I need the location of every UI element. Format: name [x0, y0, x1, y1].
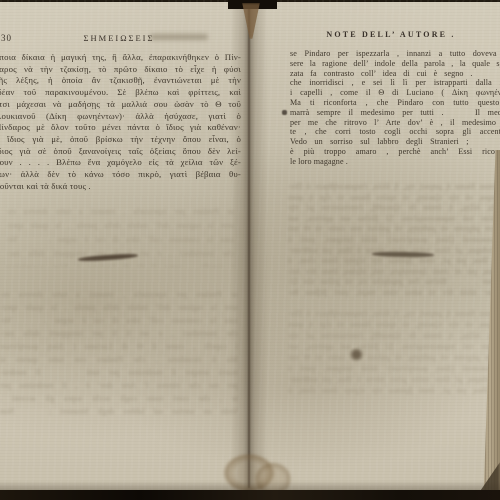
- text-line: i capelli , come il Θ di Luciano ( Δίκη …: [0, 340, 238, 353]
- ink-spot: [349, 348, 364, 361]
- text-line: i capelli , come il Θ di Luciano ( Δίκη …: [6, 261, 234, 267]
- header-smudge: [150, 34, 208, 40]
- text-line: Πίνδαρος μὲ ὅλον τοῦτο μένει πάντα ὁ ἴδι…: [288, 374, 498, 385]
- text-line: marrà sempre il medesimo per tutti . Il …: [290, 108, 500, 118]
- text-line: ὁ ἴδιος γιὰ μὲ, ὁποῦ βρίσκω τὴν τέχνην ὅ…: [0, 134, 241, 146]
- text-line: ὁ ἴδιος γιὰ μὲ, ὁποῦ βρίσκω τὴν τέχνην ὅ…: [288, 385, 498, 396]
- text-line: le loro magagne .: [290, 157, 500, 167]
- text-line: δαρος νὰ τὴν τζακίσῃ, τὸ πρῶτο δίκαιο τὸ…: [288, 319, 498, 330]
- text-line: che inorridisci , e sei lì lì per istrap…: [290, 78, 500, 88]
- text-line: Λουκιανοῦ (Δίκη φωνηέντων)· ἀλλὰ ἡσύχασε…: [0, 111, 241, 123]
- show-through-text: ὅποια δίκαια ἡ μαγική της, ἢ ἄλλα, ἐπαρα…: [288, 182, 498, 300]
- text-line: ἰδέαν τοῦ παρακινουμένου. Σὲ βλέπω καὶ φ…: [288, 341, 498, 352]
- book-scan-photo: 30 ΣΗΜΕΙΩΣΕΙΣ ὅποια δίκαια ἡ μαγική της,…: [0, 0, 500, 500]
- text-line: ἴδιος γιὰ σὲ ὁποῦ ξανανοίγεις ταῖς ὀξεία…: [288, 267, 498, 278]
- text-line: sere la ragione dell’ indole della parol…: [0, 301, 238, 314]
- text-line: τῆς λέξης, ἡ ὁποία ἂν τζακισθῇ, ἐναντιών…: [0, 75, 241, 87]
- text-line: νων· ἀλλὰ δὲν τὸ κάνω τόσο πικρὸ, γιατὶ …: [0, 169, 241, 181]
- right-running-header: NOTE DELL’ AUTORE .: [292, 30, 490, 39]
- text-line: Ma ti riconforta , che Pindaro con tutto…: [290, 98, 500, 108]
- text-line: se Pindaro per ispezzarla , innanzi a tu…: [290, 49, 500, 59]
- text-line: πουν . . . . Βλέπω ἕνα χαμόγελο εἰς τὰ χ…: [288, 277, 498, 288]
- text-line: ἔτσι μάχεσαι νὰ μαδήσῃς τὰ μαλλιά σου ὡσ…: [0, 99, 241, 111]
- bottom-background-strip: [0, 490, 500, 500]
- text-line: ὁ ἴδιος γιὰ μὲ, ὁποῦ βρίσκω τὴν τέχνην ὅ…: [288, 256, 498, 267]
- text-line: Λουκιανοῦ (Δίκη φωνηέντων)· ἀλλὰ ἡσύχασε…: [288, 363, 498, 374]
- text-line: è più troppo amaro , perchè anch’ Essi r…: [290, 147, 500, 157]
- text-line: i capelli , come il Θ di Luciano ( Δίκη …: [290, 88, 500, 98]
- text-line: per me che ritrovo l’ Arte dov’ è , il m…: [290, 118, 500, 128]
- text-line: è più troppo amaro , perchè anch’ Essi r…: [0, 418, 238, 420]
- text-line: per me che ritrovo l’ Arte dov’ è , il m…: [0, 379, 238, 392]
- text-line: se Pindaro per ispezzarla , innanzi a tu…: [0, 288, 238, 301]
- show-through-text: ὅποια δίκαια ἡ μαγική της, ἢ ἄλλα, ἐπαρα…: [288, 308, 498, 398]
- text-line: τῆς λέξης, ἡ ὁποία ἂν τζακισθῇ, ἐναντιών…: [288, 203, 498, 214]
- text-line: se Pindaro per ispezzarla , innanzi a tu…: [6, 205, 234, 219]
- text-line: zata fa contrasto coll’ idea di cui è se…: [0, 314, 238, 327]
- text-line: τῆς λέξης, ἡ ὁποία ἂν τζακισθῇ, ἐναντιών…: [288, 330, 498, 341]
- text-line: ἰδέαν τοῦ παρακινουμένου. Σὲ βλέπω καὶ φ…: [0, 87, 241, 99]
- text-line: ὅποια δίκαια ἡ μαγική της, ἢ ἄλλα, ἐπαρα…: [288, 182, 498, 193]
- text-line: νων· ἀλλὰ δὲν τὸ κάνω τόσο πικρὸ, γιατὶ …: [288, 288, 498, 299]
- text-line: δαρος νὰ τὴν τζακίσῃ, τὸ πρῶτο δίκαιο τὸ…: [0, 64, 241, 76]
- text-line: μοῦνται καὶ τὰ δικά τους .: [288, 299, 498, 300]
- text-line: ὅποια δίκαια ἡ μαγική της, ἢ ἄλλα, ἐπαρα…: [0, 52, 241, 64]
- text-line: marrà sempre il medesimo per tutti . Il …: [0, 366, 238, 379]
- text-line: Vedo un sorriso sul labbro degli Stranie…: [0, 405, 238, 418]
- margin-blot: [282, 110, 287, 115]
- greek-text-block: ὅποια δίκαια ἡ μαγική της, ἢ ἄλλα, ἐπαρα…: [0, 52, 241, 192]
- spine-gutter-line: [248, 6, 250, 488]
- text-line: sere la ragione dell’ indole della parol…: [6, 219, 234, 233]
- text-line: μοῦνται καὶ τὰ δικά τους .: [0, 181, 241, 193]
- text-line: te , che corri tosto cogli occhi sopra g…: [0, 392, 238, 405]
- text-line: zata fa contrasto coll’ idea di cui è se…: [6, 233, 234, 247]
- text-line: Λουκιανοῦ (Δίκη φωνηέντων)· ἀλλὰ ἡσύχασε…: [288, 235, 498, 246]
- italian-text-block: se Pindaro per ispezzarla , innanzi a tu…: [290, 49, 500, 167]
- text-line: Πίνδαρος μὲ ὅλον τοῦτο μένει πάντα ὁ ἴδι…: [0, 122, 241, 134]
- text-line: te , che corri tosto cogli occhi sopra g…: [290, 127, 500, 137]
- text-line: ἔτσι μάχεσαι νὰ μαδήσῃς τὰ μαλλιά σου ὡσ…: [288, 224, 498, 235]
- text-line: ἔτσι μάχεσαι νὰ μαδήσῃς τὰ μαλλιά σου ὡσ…: [288, 352, 498, 363]
- text-line: che inorridisci , e sei lì lì per istrap…: [0, 327, 238, 340]
- show-through-text: se Pindaro per ispezzarla , innanzi a tu…: [0, 288, 238, 420]
- text-line: ὅποια δίκαια ἡ μαγική της, ἢ ἄλλα, ἐπαρα…: [288, 308, 498, 319]
- text-line: Vedo un sorriso sul labbro degli Stranie…: [290, 137, 500, 147]
- text-line: πουν . . . . Βλέπω ἕνα χαμόγελο εἰς τὰ χ…: [0, 157, 241, 169]
- text-line: sere la ragione dell’ indole della parol…: [290, 59, 500, 69]
- text-line: ἰδέαν τοῦ παρακινουμένου. Σὲ βλέπω καὶ φ…: [288, 214, 498, 225]
- text-line: zata fa contrasto coll’ idea di cui è se…: [290, 69, 500, 79]
- text-line: δαρος νὰ τὴν τζακίσῃ, τὸ πρῶτο δίκαιο τὸ…: [288, 193, 498, 204]
- text-line: Ma ti riconforta , che Pindaro con tutto…: [0, 353, 238, 366]
- text-line: ἴδιος γιὰ σὲ ὁποῦ ξανανοίγεις ταῖς ὀξεία…: [0, 146, 241, 158]
- text-line: ἴδιος γιὰ σὲ ὁποῦ ξανανοίγεις ταῖς ὀξεία…: [288, 396, 498, 398]
